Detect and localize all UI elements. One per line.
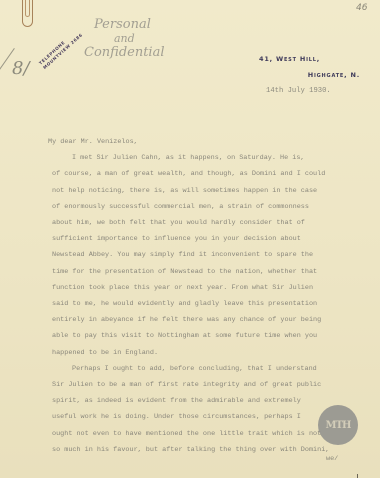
body-line: not help noticing, there is, as will som… [52, 183, 372, 199]
letter-date: 14th July 1930. [266, 87, 331, 95]
body-line: of enormously successful commercial men,… [52, 199, 372, 215]
stamp-label: MTH [326, 420, 351, 431]
handwritten-note: Personal and Confidential [84, 18, 165, 60]
body-line: said to me, he would evidently and gladl… [52, 296, 372, 312]
paperclip-icon [22, 0, 33, 27]
handwritten-line: Personal [84, 18, 165, 32]
letterhead-telephone: TELEPHONE MOUNTVIEW 2686 [38, 28, 84, 71]
body-line: function took place this year or next ye… [52, 280, 372, 296]
handwritten-line: Confidential [84, 46, 165, 60]
handwritten-line: and [84, 32, 165, 46]
body-line: of course, a man of great wealth, and th… [52, 166, 372, 182]
body-line: I met Sir Julien Cahn, as it happens, on… [52, 150, 372, 166]
salutation: My dear Mr. Venizelos, [48, 134, 372, 150]
pencil-annotation: 8/ [12, 58, 30, 79]
body-line: able to pay this visit to Nottingham at … [52, 328, 372, 344]
body-line: happened to be in England. [52, 345, 372, 361]
body-line: sufficient importance to influence you i… [52, 231, 372, 247]
address-line: 41, West Hill, [259, 55, 320, 63]
body-line: spirit, as indeed is evident from the ad… [52, 393, 372, 409]
address-line: Highgate, N. [308, 71, 360, 79]
letter-page: 46 8/ TELEPHONE MOUNTVIEW 2686 Personal … [0, 0, 380, 478]
telephone-label: TELEPHONE [38, 28, 80, 67]
body-line: entirely in abeyance if he felt there wa… [52, 312, 372, 328]
page-number: 46 [356, 3, 367, 13]
body-line: Sir Julien to be a man of first rate int… [52, 377, 372, 393]
body-line: Newstead Abbey. You may simply find it i… [52, 247, 372, 263]
body-line: time for the presentation of Newstead to… [52, 264, 372, 280]
edge-mark [357, 474, 358, 478]
body-line: Perhaps I ought to add, before concludin… [52, 361, 372, 377]
body-line: so much in his favour, but after talking… [52, 442, 372, 458]
continuation-mark: we/ [326, 455, 338, 463]
archive-stamp: MTH [318, 405, 358, 445]
body-line: about him, we both felt that you would h… [52, 215, 372, 231]
